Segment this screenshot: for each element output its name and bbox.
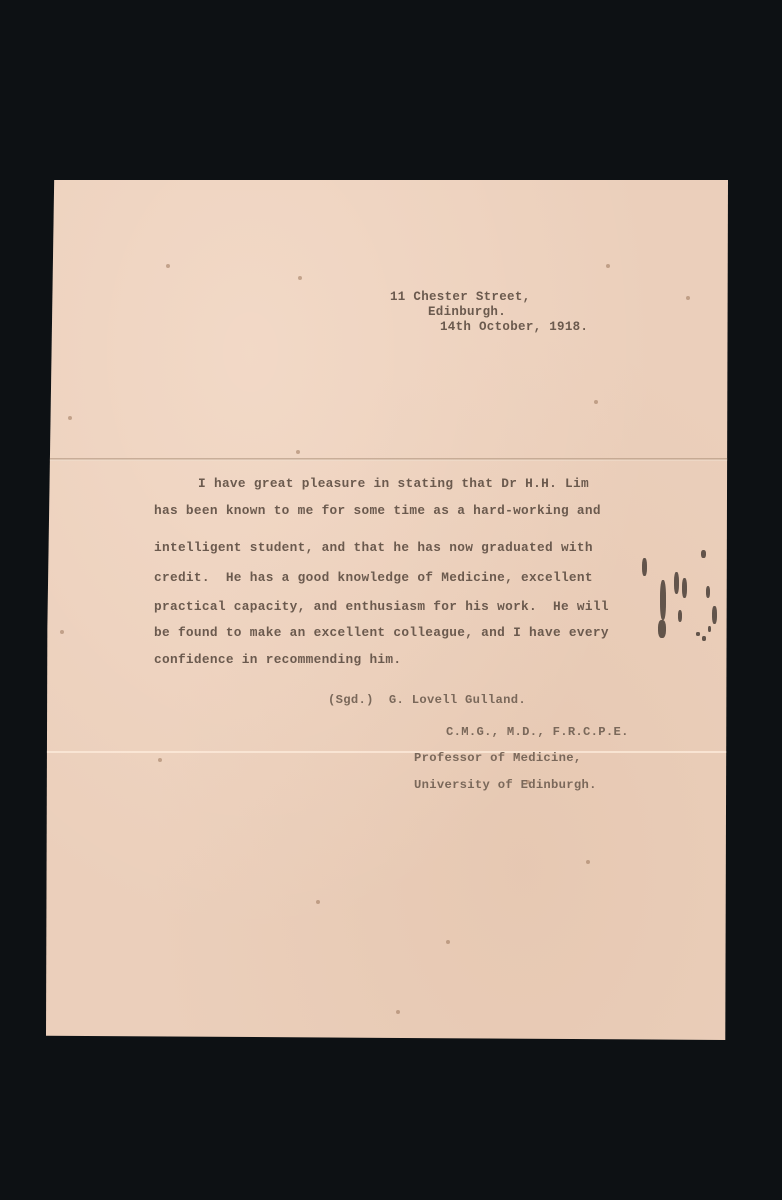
body-line: credit. He has a good knowledge of Medic… xyxy=(154,572,593,585)
body-line: practical capacity, and enthusiasm for h… xyxy=(154,601,609,614)
body-line: intelligent student, and that he has now… xyxy=(154,542,593,555)
body-line: be found to make an excellent colleague,… xyxy=(154,627,609,640)
body-line: has been known to me for some time as a … xyxy=(154,505,601,518)
signature-name: (Sgd.) G. Lovell Gulland. xyxy=(328,694,526,706)
address-street: 11 Chester Street, xyxy=(390,291,530,304)
letter-paper: 11 Chester Street, Edinburgh. 14th Octob… xyxy=(46,180,728,1040)
signature-title: Professor of Medicine, xyxy=(414,752,582,764)
address-city: Edinburgh. xyxy=(428,306,506,319)
body-line: confidence in recommending him. xyxy=(154,654,401,667)
letter-date: 14th October, 1918. xyxy=(440,321,588,334)
signature-credentials: C.M.G., M.D., F.R.C.P.E. xyxy=(446,726,629,738)
body-line: I have great pleasure in stating that Dr… xyxy=(198,478,589,491)
fold-line xyxy=(46,751,728,753)
fold-line xyxy=(46,458,728,461)
signature-institution: University of Edinburgh. xyxy=(414,779,597,791)
